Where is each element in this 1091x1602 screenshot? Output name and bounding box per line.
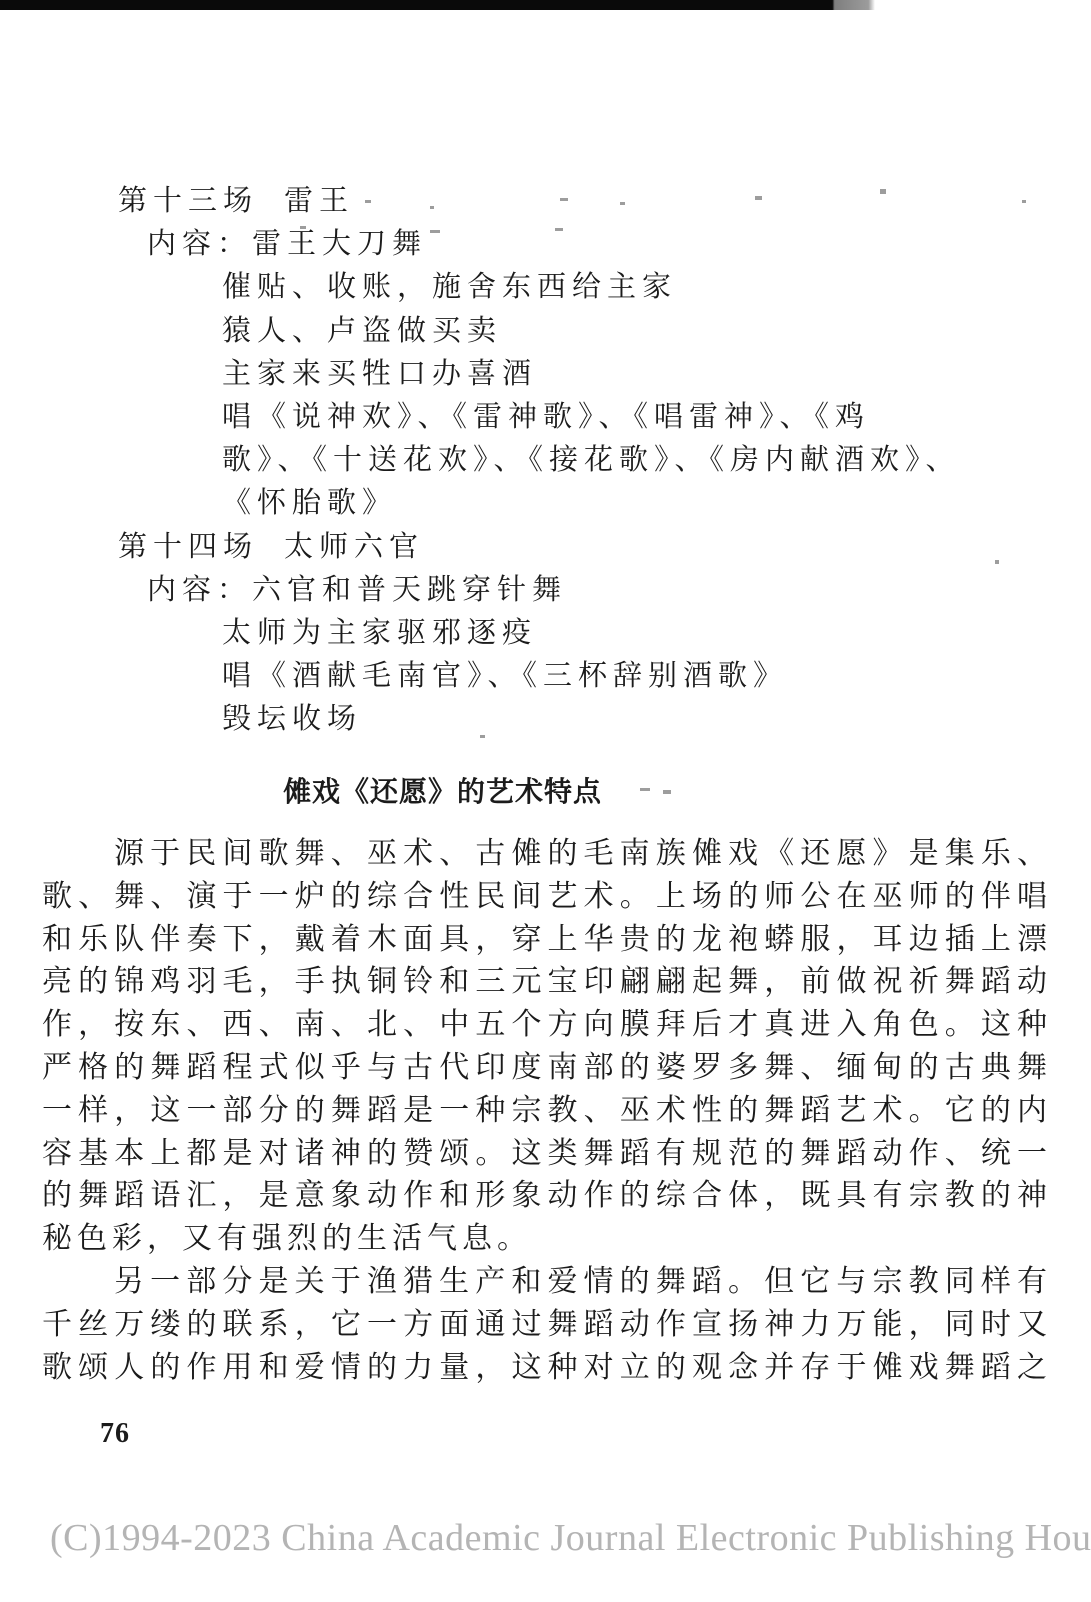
body-line: 另一部分是关于渔猎生产和爱情的舞蹈。但它与宗教同样有 [42,1261,1048,1304]
scene-title: 太师六官 [284,531,424,563]
scene-label: 第十三场 [118,185,258,217]
body-line: 源于民间歌舞、巫术、古傩的毛南族傩戏《还愿》是集乐、 [42,833,1048,876]
body-line: 的舞蹈语汇，是意象动作和形象动作的综合体，既具有宗教的神 [42,1175,1048,1218]
scan-noise [430,230,440,233]
body-line: 歌、舞、演于一炉的综合性民间艺术。上场的师公在巫师的伴唱 [42,876,1048,919]
program-item: 猿人、卢盗做买卖 [222,310,1091,353]
program-item: 《怀胎歌》 [222,482,1091,525]
page-number: 76 [100,1418,130,1450]
program-item: 毁坛收场 [222,698,1091,741]
program-item: 太师为主家驱邪逐疫 [222,612,1091,655]
scene-title: 雷王 [284,185,354,217]
program-item: 催贴、收账，施舍东西给主家 [222,266,1091,309]
scan-noise [560,198,568,201]
scene-heading: 第十四场太师六官 [118,526,1091,569]
content-line: 内容：六官和普天跳穿针舞 [147,569,1091,612]
body-line: 一样，这一部分的舞蹈是一种宗教、巫术性的舞蹈艺术。它的内 [42,1090,1048,1133]
program-item: 主家来买牲口办喜酒 [222,353,1091,396]
scan-noise [480,735,485,738]
scene-label: 第十四场 [118,531,258,563]
article-heading: 傩戏《还愿》的艺术特点 [283,770,602,810]
body-line: 歌颂人的作用和爱情的力量，这种对立的观念并存于傩戏舞蹈之 [42,1347,1048,1390]
scene-heading: 第十三场雷王 [118,180,1091,223]
scan-noise [755,196,762,200]
scan-noise [663,790,671,794]
scan-artifact-bar [0,0,1091,10]
copyright-watermark: (C)1994-2023 China Academic Journal Elec… [50,1516,1091,1560]
scan-noise [555,228,563,231]
body-line: 亮的锦鸡羽毛，手执铜铃和三元宝印翩翩起舞，前做祝祈舞蹈动 [42,961,1048,1004]
body-line: 千丝万缕的联系，它一方面通过舞蹈动作宣扬神力万能，同时又 [42,1304,1048,1347]
scan-noise [365,200,371,203]
program-item: 唱《说神欢》、《雷神歌》、《唱雷神》、《鸡 [222,396,1091,439]
body-line: 作，按东、西、南、北、中五个方向膜拜后才真进入角色。这种 [42,1004,1048,1047]
program-item: 歌》、《十送花欢》、《接花歌》、《房内献酒欢》、 [222,439,1091,482]
scanned-document-page: { "program": { "scene_13": { "label": "第… [0,0,1091,1602]
scan-noise [995,560,999,564]
scan-noise [300,226,306,229]
article-body: 源于民间歌舞、巫术、古傩的毛南族傩戏《还愿》是集乐、 歌、舞、演于一炉的综合性民… [42,833,1048,1389]
body-line: 严格的舞蹈程式似乎与古代印度南部的婆罗多舞、缅甸的古典舞 [42,1047,1048,1090]
program-section: 第十三场雷王 内容：雷王大刀舞 催贴、收账，施舍东西给主家 猿人、卢盗做买卖 主… [0,180,1091,741]
scan-noise [640,788,650,791]
body-line: 容基本上都是对诸神的赞颂。这类舞蹈有规范的舞蹈动作、统一 [42,1133,1048,1176]
scan-noise [620,202,625,205]
body-line: 和乐队伴奏下，戴着木面具，穿上华贵的龙袍蟒服，耳边插上漂 [42,919,1048,962]
program-item: 唱《酒献毛南官》、《三杯辞别酒歌》 [222,655,1091,698]
scan-noise [430,206,434,209]
body-line: 秘色彩，又有强烈的生活气息。 [42,1218,1048,1261]
content-line: 内容：雷王大刀舞 [147,223,1091,266]
scan-noise [880,189,886,194]
scan-noise [1022,200,1026,203]
